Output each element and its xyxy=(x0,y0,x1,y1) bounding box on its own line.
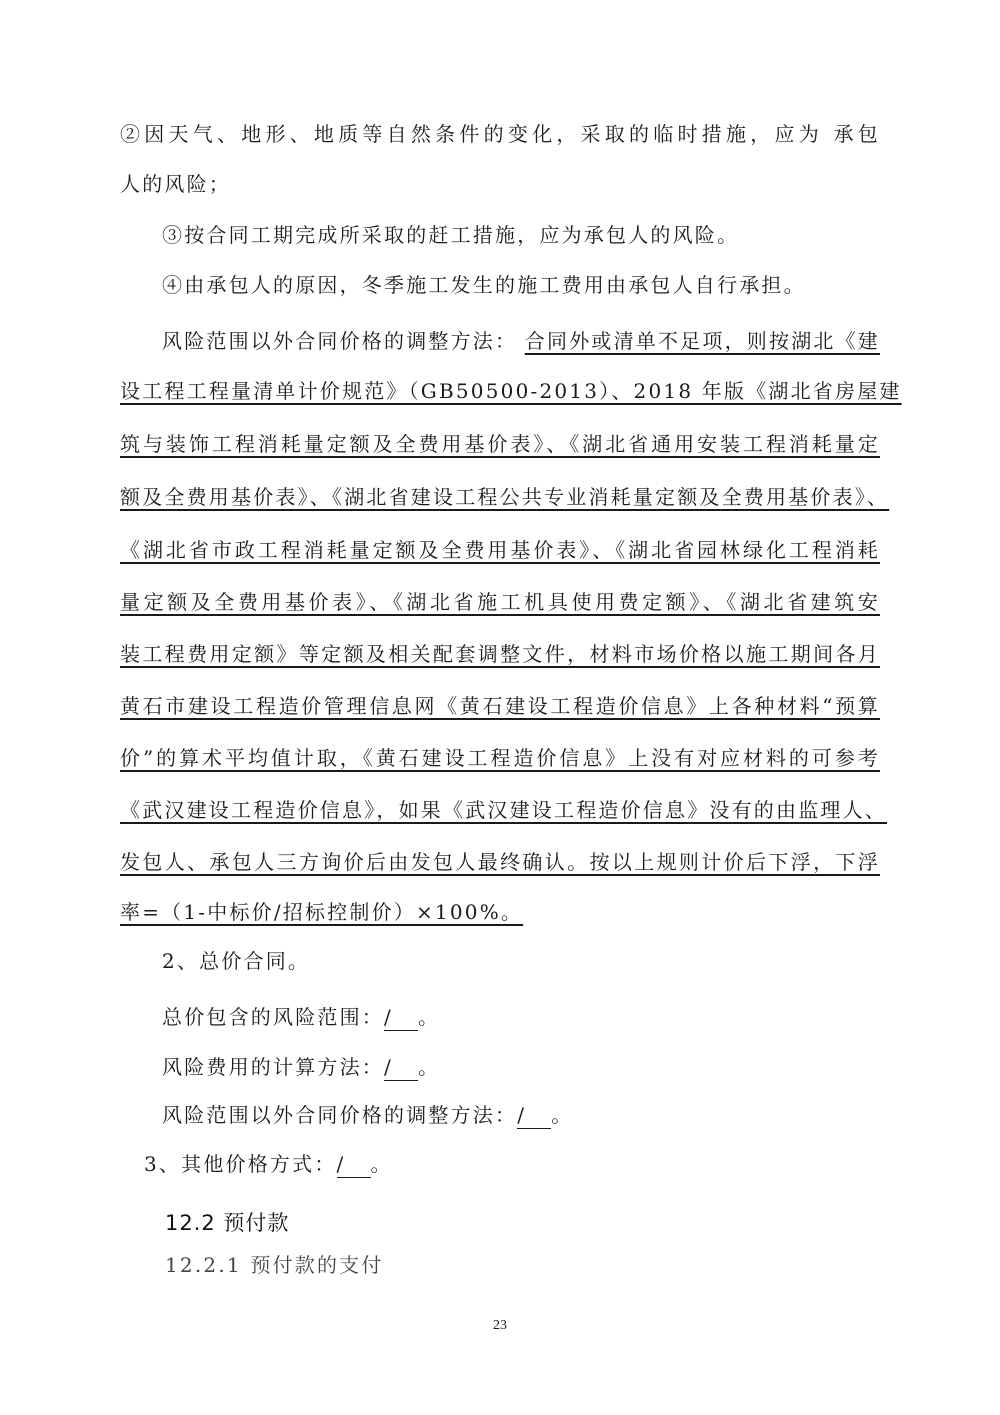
page-number: 23 xyxy=(0,1318,1000,1334)
risk-item-4: ④由承包人的原因，冬季施工发生的施工费用由承包人自行承担。 xyxy=(162,272,806,298)
outside-adjust-method-label: 风险范围以外合同价格的调整方法： xyxy=(162,1103,517,1127)
other-price-method-label: 3、其他价格方式： xyxy=(144,1152,337,1176)
adjust-method-line11: 发包人、承包人三方询价后由发包人最终确认。按以上规则计价后下浮，下浮 xyxy=(120,849,880,875)
total-risk-scope: 总价包含的风险范围：/。 xyxy=(162,1004,440,1031)
subsection-heading-12-2-1: 12.2.1 预付款的支付 xyxy=(165,1252,384,1278)
adjust-method-line8: 黄石市建设工程造价管理信息网《黄石建设工程造价信息》上各种材料“预算 xyxy=(120,693,880,719)
period: 。 xyxy=(551,1103,573,1127)
section-heading-12-2: 12.2 预付款 xyxy=(165,1210,289,1236)
risk-fee-method-label: 风险费用的计算方法： xyxy=(162,1055,384,1079)
risk-item-3: ③按合同工期完成所采取的赶工措施，应为承包人的风险。 xyxy=(162,222,739,248)
risk-fee-method-value: / xyxy=(384,1054,418,1081)
total-price-contract: 2、总价合同。 xyxy=(162,948,310,974)
other-price-method-value: / xyxy=(337,1151,371,1178)
adjust-method-line6: 量定额及全费用基价表》、《湖北省施工机具使用费定额》、《湖北省建筑安 xyxy=(120,589,880,615)
total-risk-scope-value: / xyxy=(384,1004,418,1031)
adjust-method-line9: 价”的算术平均值计取，《黄石建设工程造价信息》上没有对应材料的可参考 xyxy=(120,745,880,771)
adjust-method-line7: 装工程费用定额》等定额及相关配套调整文件，材料市场价格以施工期间各月 xyxy=(120,641,880,667)
adjust-method-line3: 筑与装饰工程消耗量定额及全费用基价表》、《湖北省通用安装工程消耗量定 xyxy=(120,431,880,457)
adjust-method-line4: 额及全费用基价表》、《湖北省建设工程公共专业消耗量定额及全费用基价表》、 xyxy=(120,484,880,510)
adjust-method-line1: 风险范围以外合同价格的调整方法： 合同外或清单不足项，则按湖北《建 xyxy=(162,328,880,354)
total-risk-scope-label: 总价包含的风险范围： xyxy=(162,1005,384,1029)
outside-adjust-method: 风险范围以外合同价格的调整方法：/。 xyxy=(162,1102,573,1129)
adjust-method-line10: 《武汉建设工程造价信息》，如果《武汉建设工程造价信息》没有的由监理人、 xyxy=(120,797,880,823)
adjust-method-line12: 率=（1-中标价/招标控制价）×100%。 xyxy=(120,899,523,925)
period: 。 xyxy=(418,1055,440,1079)
adjust-method-line2: 设工程工程量清单计价规范》（GB50500-2013）、2018 年版《湖北省房… xyxy=(120,378,880,404)
outside-adjust-method-value: / xyxy=(517,1102,551,1129)
other-price-method: 3、其他价格方式：/。 xyxy=(144,1151,393,1178)
adjust-method-text: 合同外或清单不足项，则按湖北《建 xyxy=(525,328,880,354)
adjust-method-label: 风险范围以外合同价格的调整方法： xyxy=(162,328,517,354)
risk-item-2-line1: ②因天气、地形、地质等自然条件的变化，采取的临时措施，应为 承包 xyxy=(120,121,880,147)
period: 。 xyxy=(418,1005,440,1029)
adjust-method-line5: 《湖北省市政工程消耗量定额及全费用基价表》、《湖北省园林绿化工程消耗 xyxy=(120,537,880,563)
risk-fee-method: 风险费用的计算方法：/。 xyxy=(162,1054,440,1081)
risk-item-2-line2: 人的风险； xyxy=(120,171,231,197)
period: 。 xyxy=(371,1152,393,1176)
